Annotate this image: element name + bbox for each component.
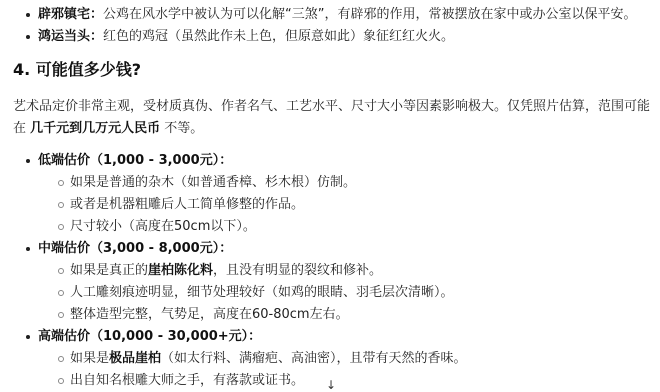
tier-items: 如果是极品崖柏（如太行料、满瘤疤、高油密），且带有天然的香味。 出自知名根雕大师… xyxy=(24,348,467,392)
price-tier-high: 高端估价（10,000 - 30,000+元）： 如果是极品崖柏（如太行料、满瘤… xyxy=(24,326,467,392)
item-bold: 崖柏陈化料 xyxy=(148,263,213,278)
item-text: 或者是机器粗雕后人工简单修整的作品。 xyxy=(70,197,304,212)
bullet-term: 鸿运当头： xyxy=(38,29,103,44)
tier-title: 高端估价（10,000 - 30,000+元）： xyxy=(24,326,467,348)
intro-paragraph: 艺术品定价非常主观，受材质真伪、作者名气、工艺水平、尺寸大小等因素影响极大。仅凭… xyxy=(13,96,653,140)
list-item: 尺寸较小（高度在50cm以下）。 xyxy=(58,216,467,238)
list-item: 鸿运当头：红色的鸡冠（虽然此作未上色，但原意如此）象征红红火火。 xyxy=(24,26,637,48)
item-text: 人工雕刻痕迹明显，细节处理较好（如鸡的眼睛、羽毛层次清晰）。 xyxy=(70,285,454,300)
list-item: 人工雕刻痕迹明显，细节处理较好（如鸡的眼睛、羽毛层次清晰）。 xyxy=(58,282,467,304)
tier-items: 如果是真正的崖柏陈化料，且没有明显的裂纹和修补。 人工雕刻痕迹明显，细节处理较好… xyxy=(24,260,467,326)
item-text: 如果是普通的杂木（如普通香樟、杉木根）仿制。 xyxy=(70,175,356,190)
item-text-end: （如太行料、满瘤疤、高油密），且带有天然的香味。 xyxy=(161,351,467,366)
intro-bold: 几千元到几万元人民币 xyxy=(30,121,160,136)
item-text: 如果是真正的 xyxy=(70,263,148,278)
price-tier-mid: 中端估价（3,000 - 8,000元）： 如果是真正的崖柏陈化料，且没有明显的… xyxy=(24,238,467,326)
list-item: 如果是普通的杂木（如普通香樟、杉木根）仿制。 xyxy=(58,172,467,194)
list-item: 出自知名根雕大师之手，有落款或证书。 xyxy=(58,370,467,392)
item-bold: 极品崖柏 xyxy=(109,351,161,366)
tier-title: 低端估价（1,000 - 3,000元）： xyxy=(24,150,467,172)
symbolism-list: 辟邪镇宅：公鸡在风水学中被认为可以化解“三煞”，有辟邪的作用，常被摆放在家中或办… xyxy=(24,4,637,48)
item-text: 出自知名根雕大师之手，有落款或证书。 xyxy=(70,373,304,388)
list-item: 整体造型完整，气势足，高度在60-80cm左右。 xyxy=(58,304,467,326)
scroll-down-icon[interactable]: ↓ xyxy=(326,378,336,392)
list-item: 辟邪镇宅：公鸡在风水学中被认为可以化解“三煞”，有辟邪的作用，常被摆放在家中或办… xyxy=(24,4,637,26)
tier-items: 如果是普通的杂木（如普通香樟、杉木根）仿制。 或者是机器粗雕后人工简单修整的作品… xyxy=(24,172,467,238)
price-tier-list: 低端估价（1,000 - 3,000元）： 如果是普通的杂木（如普通香樟、杉木根… xyxy=(24,150,467,392)
bullet-text: 公鸡在风水学中被认为可以化解“三煞”，有辟邪的作用，常被摆放在家中或办公室以保平… xyxy=(103,7,636,22)
item-text: 如果是 xyxy=(70,351,109,366)
bullet-term: 辟邪镇宅： xyxy=(38,7,103,22)
section-heading: 4. 可能值多少钱? xyxy=(13,58,141,82)
item-text: 尺寸较小（高度在50cm以下）。 xyxy=(70,219,256,234)
item-text: 整体造型完整，气势足，高度在60-80cm左右。 xyxy=(70,307,349,322)
list-item: 如果是极品崖柏（如太行料、满瘤疤、高油密），且带有天然的香味。 xyxy=(58,348,467,370)
list-item: 如果是真正的崖柏陈化料，且没有明显的裂纹和修补。 xyxy=(58,260,467,282)
price-tier-low: 低端估价（1,000 - 3,000元）： 如果是普通的杂木（如普通香樟、杉木根… xyxy=(24,150,467,238)
list-item: 或者是机器粗雕后人工简单修整的作品。 xyxy=(58,194,467,216)
intro-text-end: 不等。 xyxy=(160,121,203,136)
item-text-end: ，且没有明显的裂纹和修补。 xyxy=(213,263,382,278)
bullet-text: 红色的鸡冠（虽然此作未上色，但原意如此）象征红红火火。 xyxy=(103,29,454,44)
tier-title: 中端估价（3,000 - 8,000元）： xyxy=(24,238,467,260)
